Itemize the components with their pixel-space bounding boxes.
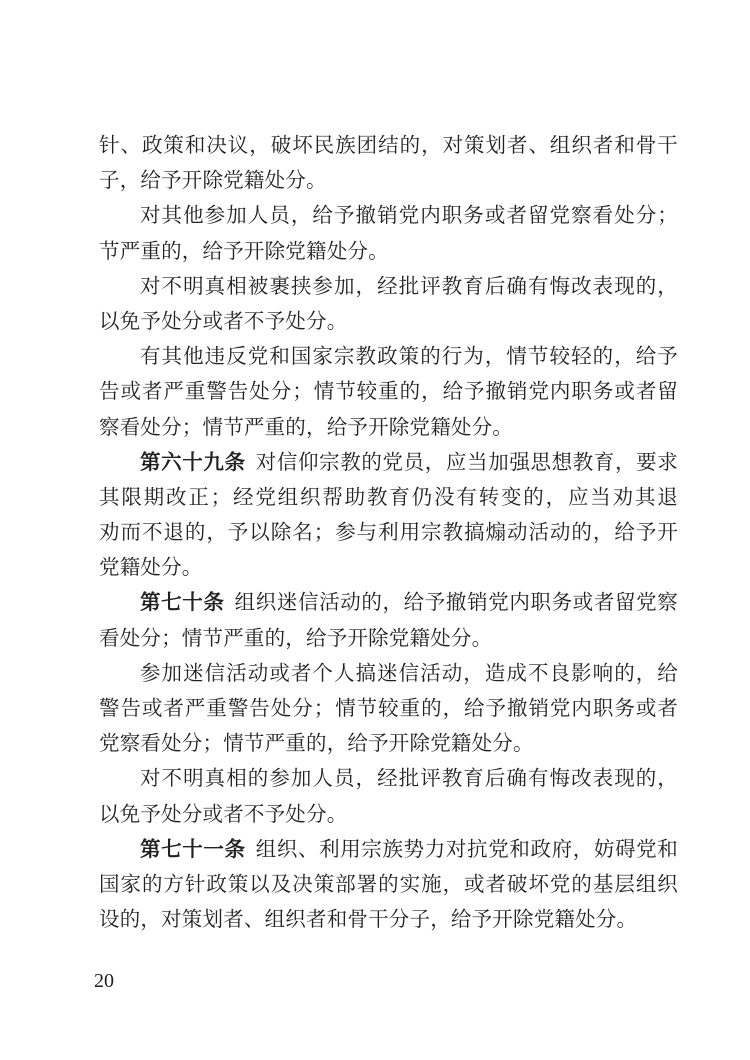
text-line: 以免予处分或者不予处分。	[99, 305, 678, 340]
line-text: 组织迷信活动的，给予撤销党内职务或者留党察	[235, 592, 678, 614]
line-text: 对其他参加人员，给予撤销党内职务或者留党察看处分；情	[99, 205, 678, 234]
text-line: 党察看处分；情节严重的，给予开除党籍处分。	[99, 727, 678, 762]
text-line: 有其他违反党和国家宗教政策的行为，情节较轻的，给予警	[99, 340, 678, 375]
text-line: 党籍处分。	[99, 551, 678, 586]
line-text: 针、政策和决议，破坏民族团结的，对策划者、组织者和骨干分	[99, 135, 678, 164]
document-page: 针、政策和决议，破坏民族团结的，对策划者、组织者和骨干分子，给予开除党籍处分。对…	[0, 0, 750, 1060]
document-body: 针、政策和决议，破坏民族团结的，对策划者、组织者和骨干分子，给予开除党籍处分。对…	[99, 129, 678, 938]
line-text: 劝而不退的，予以除名；参与利用宗教搞煽动活动的，给予开除	[99, 522, 678, 551]
text-line: 对其他参加人员，给予撤销党内职务或者留党察看处分；情	[99, 199, 678, 234]
text-line: 察看处分；情节严重的，给予开除党籍处分。	[99, 411, 678, 446]
text-line: 设的，对策划者、组织者和骨干分子，给予开除党籍处分。	[99, 903, 678, 938]
line-text: 对不明真相被裹挟参加，经批评教育后确有悔改表现的，可	[99, 276, 678, 305]
text-line: 第七十一条组织、利用宗族势力对抗党和政府，妨碍党和	[99, 833, 678, 868]
line-text: 以免予处分或者不予处分。	[99, 804, 347, 826]
line-text: 警告或者严重警告处分；情节较重的，给予撤销党内职务或者留	[99, 698, 678, 727]
text-line: 劝而不退的，予以除名；参与利用宗教搞煽动活动的，给予开除	[99, 516, 678, 551]
line-text: 组织、利用宗族势力对抗党和政府，妨碍党和	[256, 839, 678, 861]
article-number: 第七十条	[140, 592, 225, 614]
text-line: 子，给予开除党籍处分。	[99, 164, 678, 199]
line-text: 其限期改正；经党组织帮助教育仍没有转变的，应当劝其退党；	[99, 487, 678, 516]
line-text: 党籍处分。	[99, 557, 203, 579]
article-number: 第六十九条	[140, 452, 246, 474]
line-text: 国家的方针政策以及决策部署的实施，或者破坏党的基层组织建	[99, 874, 678, 903]
text-line: 第七十条组织迷信活动的，给予撤销党内职务或者留党察	[99, 586, 678, 621]
line-text: 对信仰宗教的党员，应当加强思想教育，要求	[256, 452, 678, 474]
article-number: 第七十一条	[140, 839, 246, 861]
line-text: 对不明真相的参加人员，经批评教育后确有悔改表现的，可	[99, 768, 678, 797]
line-text: 党察看处分；情节严重的，给予开除党籍处分。	[99, 733, 534, 755]
line-text: 有其他违反党和国家宗教政策的行为，情节较轻的，给予警	[99, 346, 678, 375]
line-text: 设的，对策划者、组织者和骨干分子，给予开除党籍处分。	[99, 909, 637, 931]
line-text: 节严重的，给予开除党籍处分。	[99, 241, 389, 263]
line-text: 告或者严重警告处分；情节较重的，给予撤销党内职务或者留党	[99, 381, 678, 410]
line-text: 参加迷信活动或者个人搞迷信活动，造成不良影响的，给予	[99, 663, 678, 692]
text-line: 警告或者严重警告处分；情节较重的，给予撤销党内职务或者留	[99, 692, 678, 727]
line-text: 察看处分；情节严重的，给予开除党籍处分。	[99, 417, 513, 439]
text-line: 以免予处分或者不予处分。	[99, 798, 678, 833]
text-line: 看处分；情节严重的，给予开除党籍处分。	[99, 622, 678, 657]
text-line: 节严重的，给予开除党籍处分。	[99, 235, 678, 270]
text-line: 其限期改正；经党组织帮助教育仍没有转变的，应当劝其退党；	[99, 481, 678, 516]
text-line: 对不明真相被裹挟参加，经批评教育后确有悔改表现的，可	[99, 270, 678, 305]
line-text: 以免予处分或者不予处分。	[99, 311, 347, 333]
text-line: 针、政策和决议，破坏民族团结的，对策划者、组织者和骨干分	[99, 129, 678, 164]
line-text: 看处分；情节严重的，给予开除党籍处分。	[99, 628, 492, 650]
text-line: 国家的方针政策以及决策部署的实施，或者破坏党的基层组织建	[99, 868, 678, 903]
text-line: 第六十九条对信仰宗教的党员，应当加强思想教育，要求	[99, 446, 678, 481]
text-line: 告或者严重警告处分；情节较重的，给予撤销党内职务或者留党	[99, 375, 678, 410]
page-number: 20	[94, 969, 114, 993]
text-line: 对不明真相的参加人员，经批评教育后确有悔改表现的，可	[99, 762, 678, 797]
text-line: 参加迷信活动或者个人搞迷信活动，造成不良影响的，给予	[99, 657, 678, 692]
line-text: 子，给予开除党籍处分。	[99, 170, 327, 192]
